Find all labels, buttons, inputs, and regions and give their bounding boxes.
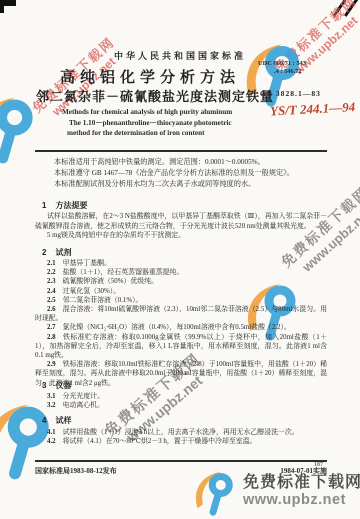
list-item: 2.6混合溶液：将10ml硫氰酸钾溶液（2.3）、10ml邻二氮杂菲溶液（2.5… xyxy=(35,305,327,323)
list-item: 2.9铁标准溶液：移取10.0ml铁标准贮存溶液（2.8）于100ml容量瓶中，… xyxy=(35,360,327,388)
section-2-heading: 2试剂 xyxy=(35,247,71,258)
list-item: 2.8铁标准贮存溶液：称取0.1000g金属铁（99.9%以上）于烧杯中，加入2… xyxy=(35,333,327,361)
document-page: 免费标准下载网 www.upbz.net 免费标准下载网 www.upbz.ne… xyxy=(0,0,360,519)
section-2-items: 2.1甲基异丁基酮。 2.2盐酸（1＋1），经石英蒸馏器重蒸提纯。 2.3硫氰酸… xyxy=(35,259,327,388)
section-title: 试剂 xyxy=(55,248,71,257)
section-title: 试样 xyxy=(55,416,71,425)
list-item: 2.7氯化镍（NiCl₂·6H₂O）溶液（0.4%），每100ml溶液中含有0.… xyxy=(35,323,327,332)
intro-line: 本标准遵守 GB 1467—78《冶金产品化学分析方法标准的总则及一般规定》。 xyxy=(35,168,327,179)
scan-artifact xyxy=(0,0,4,13)
section-number: 4 xyxy=(42,416,46,425)
english-title-line3: method for the determination of iron con… xyxy=(62,128,292,139)
list-item: 2.3硫氰酸钾溶液（50%）优级纯。 xyxy=(35,277,327,286)
section-1-heading: 1方法提要 xyxy=(35,200,87,211)
brand-site-name: 免费标准下载网 xyxy=(243,469,360,492)
list-item: 2.2盐酸（1＋1），经石英蒸馏器重蒸提纯。 xyxy=(35,268,327,277)
section-3-heading: 3仪器 xyxy=(35,380,71,391)
list-item: 3.1分光光度计。 xyxy=(35,392,327,401)
list-item: 4.2将试样（4.1）在70～80℃烘2－3 h，置于干燥器中冷却至室温。 xyxy=(35,437,327,446)
udc-line2: .4 : 546.72 xyxy=(258,68,333,76)
udc-line1: UDC 669.71 : 543 xyxy=(258,60,333,68)
footer-divider xyxy=(35,460,327,462)
section-number: 1 xyxy=(42,201,46,210)
section-4-heading: 4试样 xyxy=(35,415,71,426)
section-number: 3 xyxy=(42,381,46,390)
upbz-logo-icon xyxy=(186,468,240,516)
intro-line: 本标准配制试剂及分析用水均为二次去离子水或同等纯度的水。 xyxy=(35,179,327,190)
paragraph: 5 mg镁及高纯铝中存在的杂质均不干扰测定。 xyxy=(35,231,327,241)
english-title-line1: Methods for chemical analysis of high pu… xyxy=(62,107,292,118)
intro-line: 本标准适用于高纯铝中铁量的测定。测定范围：0.0001～0.0005%。 xyxy=(35,157,327,168)
issued-date: 国家标准局1983-08-12发布 xyxy=(35,466,117,476)
list-item: 4.1试样用盐酸（1＋1）浸泡3 h以上，用去离子水洗净，再用无水乙醇浸洗一次。 xyxy=(35,428,327,437)
udc-number: UDC 669.71 : 543 .4 : 546.72 xyxy=(258,60,333,76)
paragraph: 试样以盐酸溶解，在2～3 N盐酸酸度中，以甲基异丁基酮萃取铁（Ⅲ），再加入邻二氮… xyxy=(35,212,327,231)
section-4-items: 4.1试样用盐酸（1＋1）浸泡3 h以上，用去离子水洗净，再用无水乙醇浸洗一次。… xyxy=(35,428,327,446)
brand-site-url: www.upbz.net xyxy=(243,492,360,508)
list-item: 2.4过氧化氢（30%）。 xyxy=(35,287,327,296)
standard-number: GB 3828.1—83 xyxy=(260,89,340,98)
english-title-line2: The 1.10－phenanthroline－thiocyanate phot… xyxy=(62,118,292,129)
footer-brand: 免费标准下载网 www.upbz.net xyxy=(243,469,360,508)
section-title: 仪器 xyxy=(55,381,71,390)
section-title: 方法提要 xyxy=(55,201,87,210)
list-item: 3.2电动离心机。 xyxy=(35,401,327,410)
section-number: 2 xyxy=(42,248,46,257)
section-1-body: 试样以盐酸溶解，在2～3 N盐酸酸度中，以甲基异丁基酮萃取铁（Ⅲ），再加入邻二氮… xyxy=(35,212,327,241)
page-number: 187 xyxy=(314,462,323,468)
list-item: 2.5邻二氮杂菲溶液（0.1%）。 xyxy=(35,296,327,305)
header-divider xyxy=(35,150,327,152)
section-3-items: 3.1分光光度计。 3.2电动离心机。 xyxy=(35,392,327,410)
page-title: 高纯铝化学分析方法 xyxy=(0,66,300,87)
english-title: Methods for chemical analysis of high pu… xyxy=(62,107,292,139)
list-item: 2.1甲基异丁基酮。 xyxy=(35,259,327,268)
intro-paragraphs: 本标准适用于高纯铝中铁量的测定。测定范围：0.0001～0.0005%。 本标准… xyxy=(35,157,327,189)
